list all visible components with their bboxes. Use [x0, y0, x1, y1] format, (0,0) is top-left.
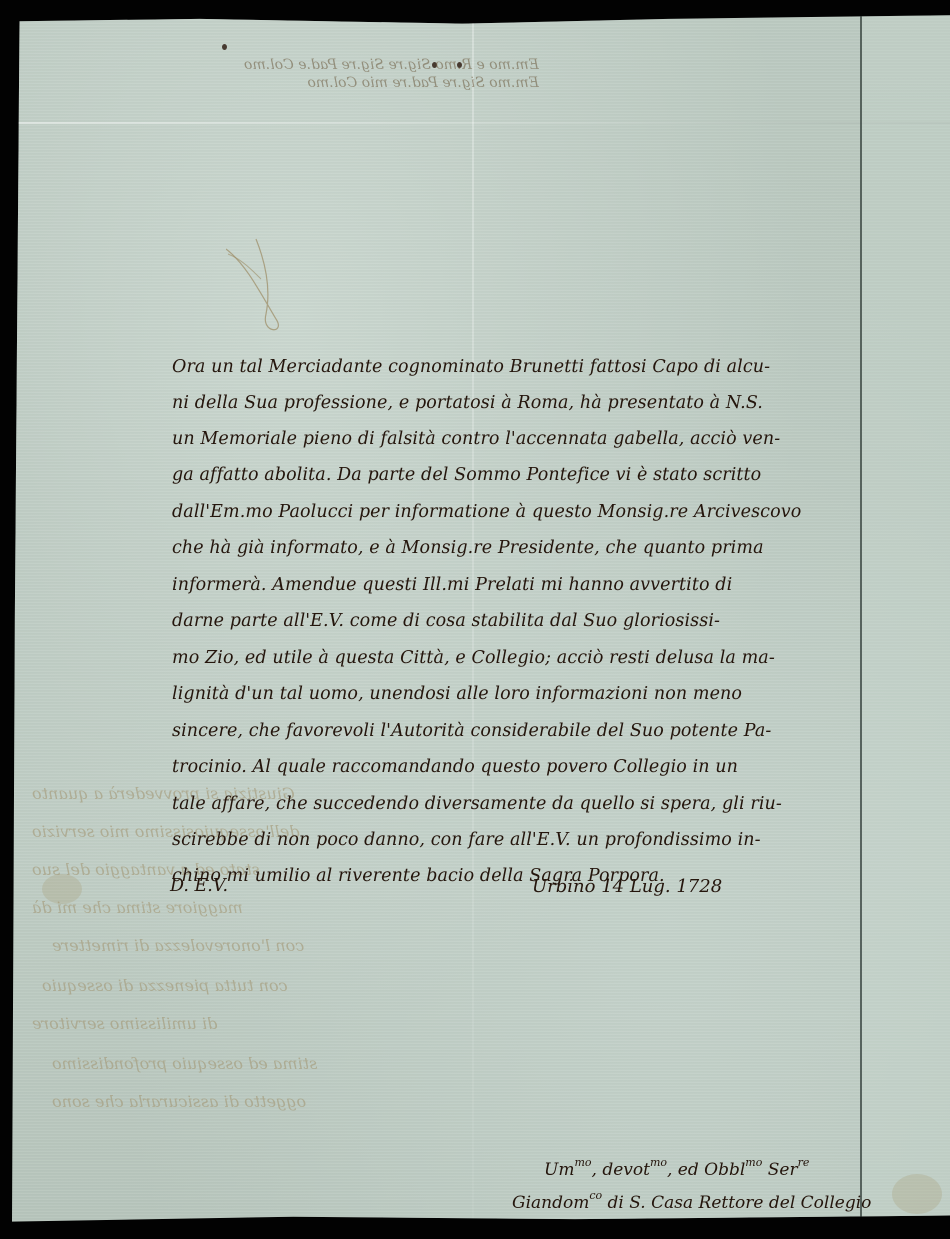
letter-line: informerà. Amendue questi Ill.mi Prelati…	[172, 573, 732, 597]
bleed-through-line: oggetto di assicurarla che sono	[52, 1092, 306, 1111]
paper-stain	[892, 1174, 942, 1214]
faint-scribble-mark	[226, 234, 296, 334]
bleed-through-line: con tutta pienezza di ossequio	[42, 976, 288, 995]
letter-line: tale affare, che succedendo diversamente…	[172, 792, 782, 816]
bleed-through-line: di umilissimo servitore	[32, 1014, 217, 1033]
letter-line: Ora un tal Merciadante cognominato Brune…	[172, 355, 770, 379]
dateline: Urbino 14 Lug. 1728	[532, 876, 722, 897]
letter-line: ni della Sua professione, e portatosi à …	[172, 391, 763, 415]
bleed-through-header: Em.mo e R.mo Sig.re Sig.re Pad.e Col.mo …	[244, 56, 539, 92]
bleed-through-line: maggiore stima che mi dà	[32, 898, 243, 917]
letter-line: scirebbe di non poco danno, con fare all…	[172, 828, 761, 852]
letter-line: sincere, che favorevoli l'Autorità consi…	[172, 719, 771, 743]
signature-block: Ummo, devotmo, ed Obblmo Serre Giandomco…	[512, 1150, 871, 1216]
signature-name: Giandomco di S. Casa Rettore del Collegi…	[512, 1183, 871, 1216]
letter-line: che hà già informato, e à Monsig.re Pres…	[172, 536, 764, 560]
ink-spot	[222, 44, 227, 50]
letter-line: mo Zio, ed utile à questa Città, e Colle…	[172, 646, 775, 670]
sheet-edge-line	[860, 14, 862, 1224]
bleed-through-line: con l'onorevolezza di rimettere	[52, 936, 304, 955]
closing-abbreviation: D. E.V.	[170, 876, 228, 896]
signature-salutation: Ummo, devotmo, ed Obblmo Serre	[512, 1150, 871, 1183]
letter-line: un Memoriale pieno di falsità contro l'a…	[172, 427, 780, 451]
letter-line: darne parte all'E.V. come di cosa stabil…	[172, 609, 720, 633]
bleed-through-line: stima ed ossequio profondissimo	[52, 1054, 317, 1073]
horizontal-fold-crease	[12, 122, 950, 124]
letter-line: dall'Em.mo Paolucci per informatione à q…	[172, 500, 801, 524]
adjacent-sheet-strip	[862, 14, 950, 1224]
letter-line: trocinio. Al quale raccomandando questo …	[172, 755, 738, 779]
letter-line: lignità d'un tal uomo, unendosi alle lor…	[172, 682, 742, 706]
letter-line: ga affatto abolita. Da parte del Sommo P…	[172, 463, 761, 487]
